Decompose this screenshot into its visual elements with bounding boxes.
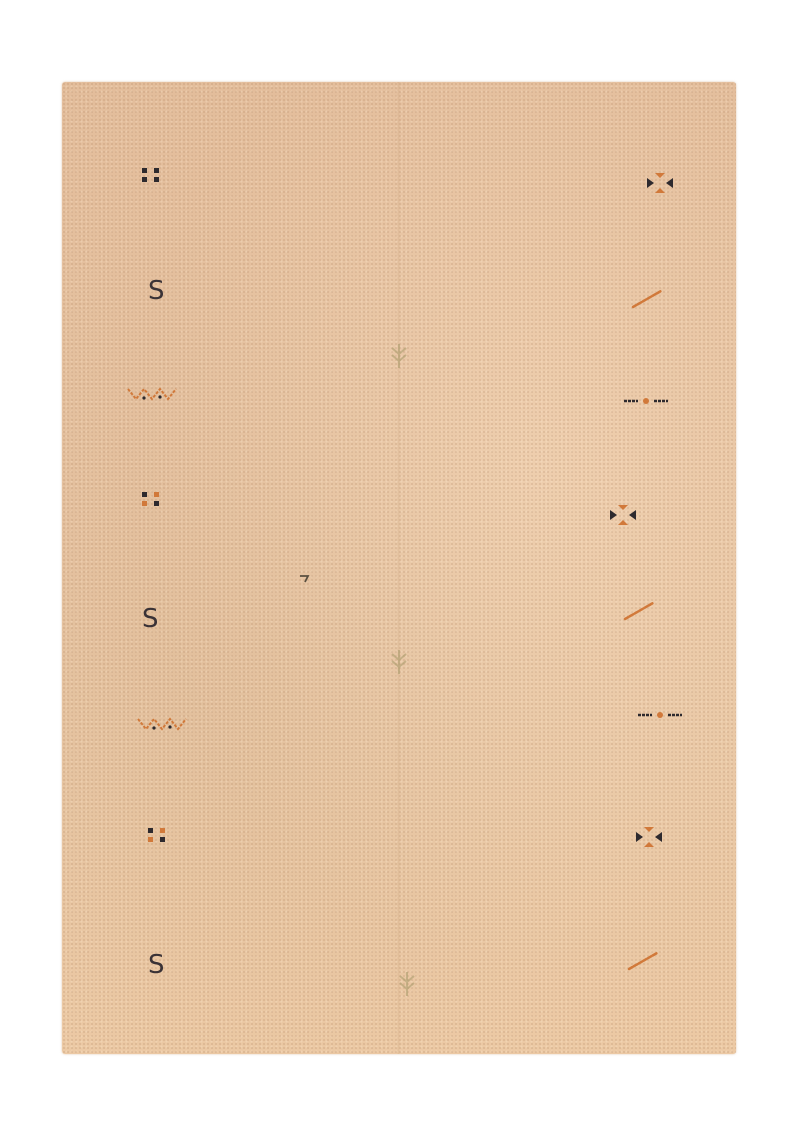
cross-medallion-motif (634, 824, 664, 854)
dash-line-motif (622, 392, 670, 411)
rug-center-shading (397, 82, 400, 1054)
four-dots-motif (140, 490, 162, 512)
cross-medallion-motif (645, 170, 675, 200)
cross-medallion-motif (608, 502, 638, 532)
rug (62, 82, 736, 1054)
diagonal-stroke-motif (622, 600, 656, 626)
diagonal-stroke-motif (626, 950, 660, 976)
letter-s-motif: S (148, 278, 165, 304)
small-mark-motif (298, 568, 312, 587)
four-dots-motif (140, 166, 162, 188)
diagonal-stroke-motif (630, 288, 664, 314)
zigzag-motif (136, 716, 192, 736)
sprig-motif (388, 646, 410, 680)
sprig-motif (396, 968, 418, 1002)
zigzag-motif (126, 386, 182, 406)
dash-line-motif (636, 706, 684, 725)
sprig-motif (388, 340, 410, 374)
letter-s-motif: S (148, 952, 165, 978)
letter-s-motif: S (142, 606, 159, 632)
four-dots-motif (146, 826, 168, 848)
